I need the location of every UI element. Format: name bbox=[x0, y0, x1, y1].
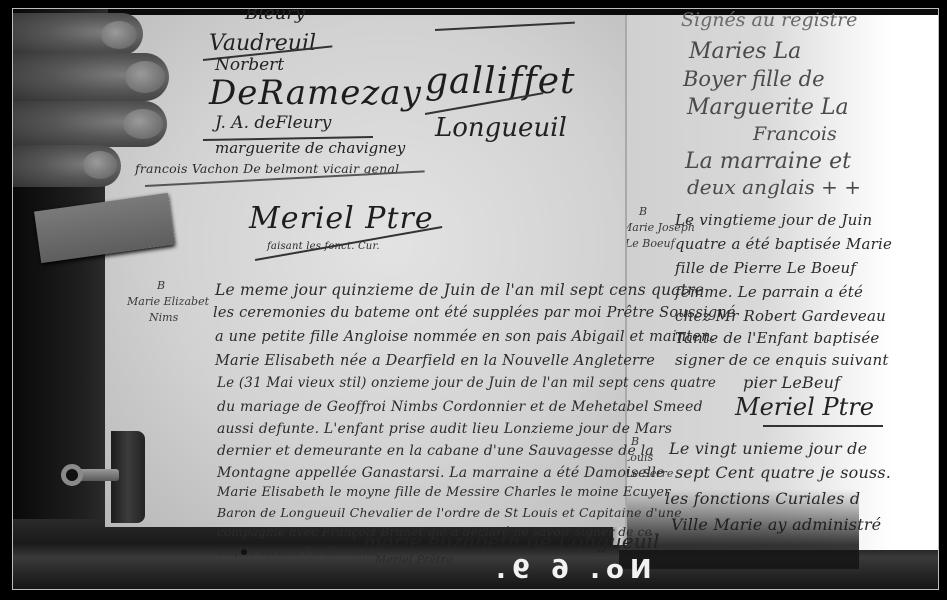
right-line: Maries La bbox=[689, 39, 801, 64]
entry-line: a une petite fille Angloise nommée en so… bbox=[215, 329, 715, 345]
dust-speck bbox=[241, 549, 247, 555]
margin-note: Marie Elizabet bbox=[127, 295, 209, 308]
entry-line: aussi defunte. L'enfant prise audit lieu… bbox=[217, 421, 672, 437]
entry-line: Baron de Longueuil Chevalier de l'ordre … bbox=[217, 505, 682, 520]
signature-meriel-pretre: Meriel Prêtre bbox=[375, 553, 453, 566]
entry-line: du mariage de Geoffroi Nimbs Cordonnier … bbox=[217, 399, 703, 415]
signature-longueuil: Longueuil bbox=[435, 113, 567, 143]
right-line: Francois bbox=[753, 123, 837, 145]
signature-marie-elizabeth: marie elizabeth de Longueuil bbox=[363, 529, 659, 553]
photo-frame: Signés au registre Maries La Boyer fille… bbox=[12, 8, 939, 590]
book-clasp-pin bbox=[79, 469, 119, 481]
book-clasp-ring bbox=[61, 464, 83, 486]
right-line: La marraine et bbox=[685, 149, 851, 174]
signature-meriel: Meriel Ptre bbox=[249, 201, 434, 236]
entry-line: Le meme jour quinzieme de Juin de l'an m… bbox=[215, 281, 704, 299]
right-line: deux anglais + + bbox=[687, 175, 861, 199]
margin-note: Nims bbox=[149, 311, 178, 324]
signature-meriel: Meriel Ptre bbox=[735, 393, 874, 421]
fingernail bbox=[101, 21, 137, 49]
entry-line: Montagne appellée Ganastarsi. La marrain… bbox=[217, 465, 665, 481]
right-line: Boyer fille de bbox=[683, 67, 825, 91]
signature-flourish bbox=[763, 425, 883, 427]
entry-line: Le (31 Mai vieux stil) onzieme jour de J… bbox=[217, 375, 716, 391]
signature-deramezay: DeRamezay bbox=[209, 73, 422, 113]
entry-line: dernier et demeurante en la cabane d'une… bbox=[217, 443, 654, 459]
signature-marguerite: marguerite de chavigney bbox=[215, 139, 405, 157]
entry-line: fille de Pierre Le Boeuf bbox=[675, 259, 856, 277]
signature-galliffet: galliffet bbox=[425, 61, 575, 102]
fingernail bbox=[83, 151, 117, 179]
signature-defleury: J. A. deFleury bbox=[215, 113, 331, 133]
entry-line: signer de ce enquis suivant bbox=[675, 351, 889, 369]
signature-partial: Bleury bbox=[245, 8, 305, 24]
signature-flourish bbox=[435, 22, 575, 31]
fingernail bbox=[123, 109, 163, 139]
entry-line: sept Cent quatre je souss. bbox=[675, 463, 891, 482]
signature-pier-lebeuf: pier LeBeuf bbox=[743, 373, 840, 392]
entry-line: Marie Elisabeth née a Dearfield en la No… bbox=[215, 353, 655, 369]
entry-line: quatre a été baptisée Marie bbox=[675, 235, 892, 253]
margin-note: B bbox=[157, 279, 165, 292]
left-page: Bleury Vaudreuil Norbert DeRamezay J. A.… bbox=[105, 15, 627, 527]
plate-number-label: No. 6 9. bbox=[490, 555, 652, 585]
entry-line: les ceremonies du bateme ont été supplée… bbox=[213, 305, 736, 321]
right-line: Marguerite La bbox=[687, 95, 849, 120]
margin-note: Le Boeuf bbox=[625, 237, 675, 250]
signature-norbert: Norbert bbox=[215, 55, 284, 75]
fingernail bbox=[125, 61, 165, 93]
right-line: Signés au registre bbox=[681, 9, 857, 31]
entry-line: Le vingtieme jour de Juin bbox=[675, 211, 872, 229]
entry-line: Marie Elisabeth le moyne fille de Messir… bbox=[217, 485, 671, 500]
margin-note: B bbox=[639, 205, 647, 218]
entry-line: Le vingt unieme jour de bbox=[669, 439, 867, 458]
